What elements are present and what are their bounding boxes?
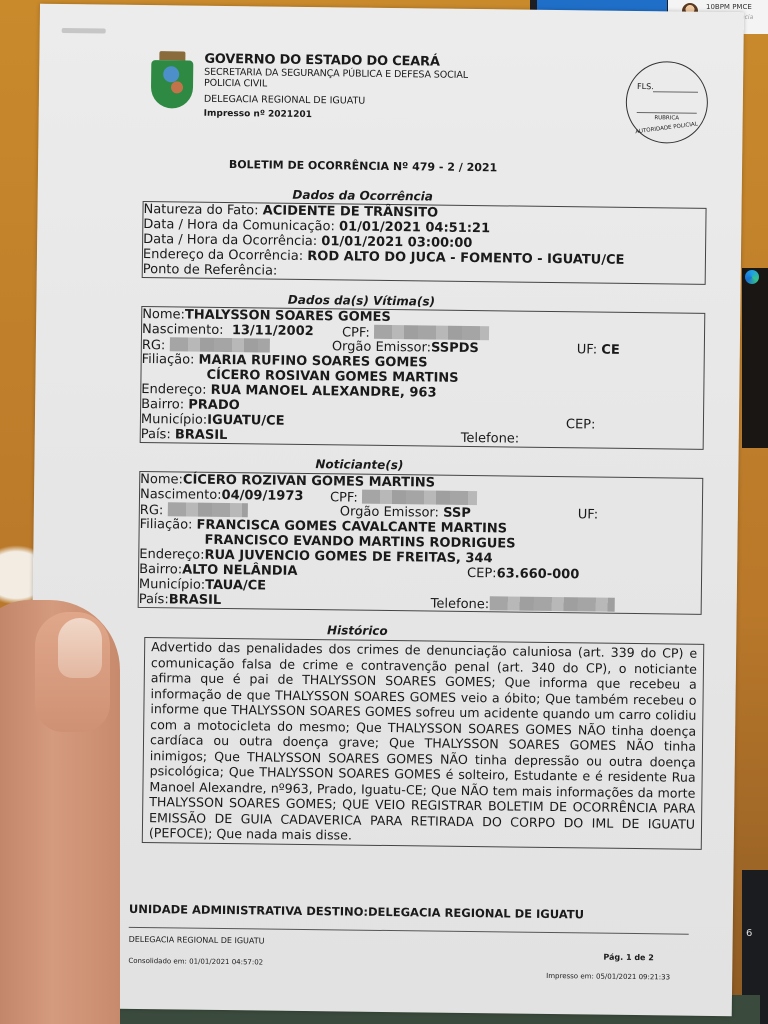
historico-text: Advertido das penalidades dos crimes de … — [142, 637, 704, 849]
police-report-paper: GOVERNO DO ESTADO DO CEARÁ SECRETARIA DA… — [28, 4, 744, 1017]
document-header: GOVERNO DO ESTADO DO CEARÁ SECRETARIA DA… — [204, 52, 469, 122]
ceara-coat-of-arms-icon — [149, 51, 196, 110]
noticiante-orgao-label: Orgão Emissor: — [340, 504, 439, 520]
footer-divider — [129, 927, 689, 935]
impresso-number: Impresso nº 2021201 — [204, 109, 468, 122]
document-title: BOLETIM DE OCORRÊNCIA Nº 479 - 2 / 2021 — [38, 156, 688, 177]
noticiante-endereco-label: Endereço: — [139, 547, 204, 563]
noticiante-uf-label: UF: — [578, 507, 599, 522]
vitima-nascimento: 13/11/2002 — [232, 323, 314, 339]
section-title-noticiante: Noticiante(s) — [34, 454, 684, 476]
vitima-municipio-label: Município: — [141, 412, 207, 428]
noticiante-cpf-label: CPF: — [330, 490, 358, 505]
vitima-pais: BRASIL — [175, 427, 228, 443]
noticiante-cep: 63.660-000 — [497, 566, 580, 582]
noticiante-municipio-label: Município: — [139, 577, 205, 593]
noticiante-bairro: ALTO NELÂNDIA — [182, 562, 297, 578]
vitima-rg-label: RG: — [142, 338, 166, 353]
noticiante-rg-redacted — [167, 502, 247, 517]
vitima-endereco-label: Endereço: — [141, 382, 206, 398]
noticiante-orgao: SSP — [443, 506, 471, 521]
vitima-uf: CE — [601, 343, 620, 358]
noticiante-municipio: TAUA/CE — [205, 578, 266, 594]
noticiante-pais-label: País: — [139, 592, 169, 607]
authority-label: AUTORIDADE POLICIAL — [626, 120, 706, 136]
noticiante-nascimento: 04/09/1973 — [222, 488, 304, 504]
vitima-municipio: IGUATU/CE — [207, 413, 284, 429]
vitima-box: Nome:THALYSSON SOARES GOMES Nascimento: … — [140, 306, 706, 450]
vitima-cpf-redacted — [374, 325, 489, 340]
section-title-historico: Histórico — [32, 620, 682, 642]
consolidado-timestamp: Consolidado em: 01/01/2021 04:57:02 — [128, 957, 263, 967]
vitima-nome-label: Nome: — [142, 307, 185, 323]
noticiante-nome-label: Nome: — [140, 472, 183, 488]
noticiante-filiacao-label: Filiação: — [140, 517, 193, 533]
referencia-label: Ponto de Referência: — [143, 262, 278, 279]
browser-edge-icon — [745, 270, 759, 284]
fls-label: FLS. — [637, 82, 654, 91]
vitima-orgao-label: Orgão Emissor: — [332, 339, 431, 355]
fls-stamp: FLS. RUBRICA AUTORIDADE POLICIAL — [625, 61, 708, 144]
thumbnail — [58, 618, 102, 678]
unidade-value: DELEGACIA REGIONAL DE IGUATU — [368, 905, 584, 922]
noticiante-bairro-label: Bairro: — [139, 562, 182, 578]
unidade-destino: UNIDADE ADMINISTRATIVA DESTINO:DELEGACIA… — [129, 902, 584, 922]
staple-mark — [62, 28, 106, 34]
unidade-label: UNIDADE ADMINISTRATIVA DESTINO: — [129, 902, 368, 919]
vitima-cpf-label: CPF: — [342, 325, 370, 340]
natureza-label: Natureza do Fato: — [143, 202, 258, 218]
noticiante-telefone-label: Telefone: — [431, 597, 490, 613]
vitima-pais-label: País: — [141, 427, 171, 442]
vitima-orgao: SSPDS — [431, 341, 479, 357]
vitima-cep-label: CEP: — [566, 417, 596, 432]
noticiante-box: Nome:CÍCERO ROZIVAN GOMES MARTINS Nascim… — [138, 471, 704, 615]
screen-digit: 6 — [746, 928, 752, 939]
noticiante-cep-label: CEP: — [467, 566, 497, 581]
vitima-bairro-label: Bairro: — [141, 397, 184, 413]
delegacia-name: DELEGACIA REGIONAL DE IGUATU — [204, 94, 468, 108]
vitima-rg-redacted — [169, 337, 269, 352]
vitima-bairro: PRADO — [188, 398, 240, 414]
noticiante-pais: BRASIL — [169, 592, 222, 608]
noticiante-telefone-redacted — [489, 596, 614, 612]
impresso-timestamp: Impresso em: 05/01/2021 09:21:33 — [546, 972, 670, 982]
noticiante-nascimento-label: Nascimento: — [140, 487, 222, 503]
notification-title: 10BPM PMCE — [706, 3, 752, 11]
vitima-filiacao-label: Filiação: — [142, 352, 195, 368]
noticiante-cpf-redacted — [362, 490, 477, 505]
page-number: Pág. 1 de 2 — [603, 953, 654, 963]
vitima-nascimento-label: Nascimento: — [142, 322, 224, 338]
vitima-telefone-label: Telefone: — [461, 431, 520, 447]
footer-delegacia: DELEGACIA REGIONAL DE IGUATU — [129, 935, 265, 946]
ocorrencia-box: Natureza do Fato: ACIDENTE DE TRÂNSITO D… — [142, 201, 707, 285]
monitor-side — [742, 268, 768, 448]
noticiante-rg-label: RG: — [140, 503, 164, 518]
vitima-uf-label: UF: — [577, 342, 598, 357]
